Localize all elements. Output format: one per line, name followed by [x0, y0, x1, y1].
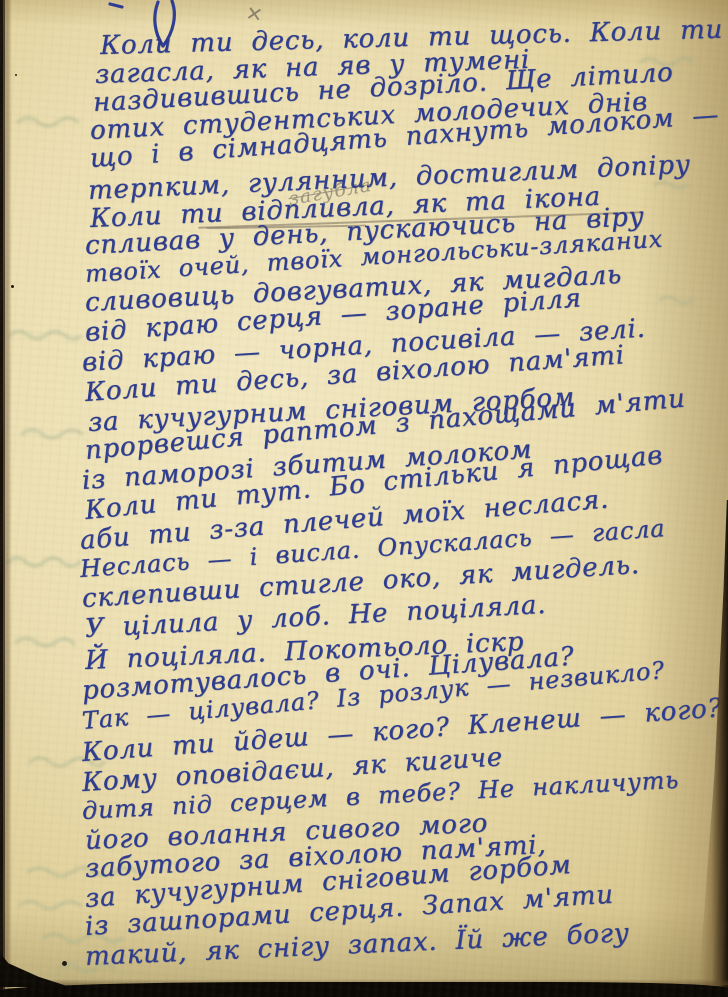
paper-speck [15, 74, 17, 76]
page-bottom-edge [0, 982, 728, 997]
page-gutter-edge [0, 0, 12, 997]
pencil-x-mark: ✕ [244, 1, 265, 28]
manuscript-photo: ✕ загубла Коли ти десь, коли ти щось. Ко… [0, 0, 728, 997]
ink-dot [62, 961, 67, 966]
page-right-edge [698, 500, 728, 997]
